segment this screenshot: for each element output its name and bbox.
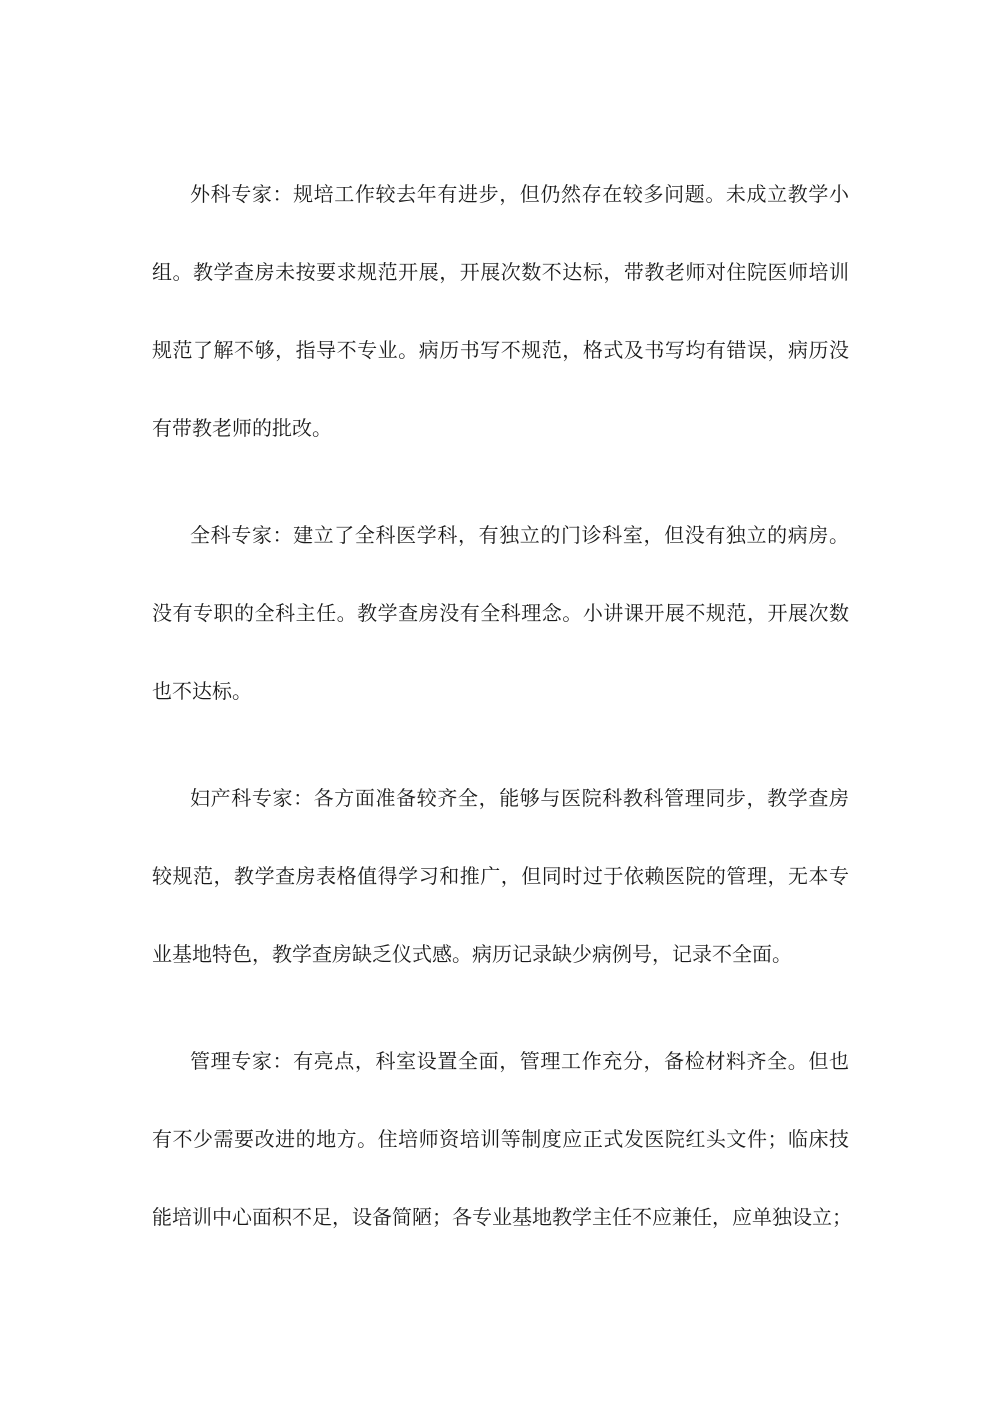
- paragraph-surgery-expert-comment: 外科专家：规培工作较去年有进步，但仍然存在较多问题。未成立教学小 组。教学查房未…: [152, 156, 849, 468]
- text-line: 组。教学查房未按要求规范开展，开展次数不达标，带教老师对住院医师培训: [152, 234, 849, 312]
- text-line: 管理专家：有亮点，科室设置全面，管理工作充分，备检材料齐全。但也: [152, 1023, 849, 1101]
- paragraph-management-expert-comment: 管理专家：有亮点，科室设置全面，管理工作充分，备检材料齐全。但也 有不少需要改进…: [152, 1023, 849, 1257]
- text-line: 妇产科专家：各方面准备较齐全，能够与医院科教科管理同步，教学查房: [152, 760, 849, 838]
- text-line: 规范了解不够，指导不专业。病历书写不规范，格式及书写均有错误，病历没: [152, 312, 849, 390]
- text-line: 也不达标。: [152, 653, 849, 731]
- text-line: 外科专家：规培工作较去年有进步，但仍然存在较多问题。未成立教学小: [152, 156, 849, 234]
- text-line: 业基地特色，教学查房缺乏仪式感。病历记录缺少病例号，记录不全面。: [152, 916, 849, 994]
- document-page: 外科专家：规培工作较去年有进步，但仍然存在较多问题。未成立教学小 组。教学查房未…: [0, 0, 1000, 1415]
- paragraph-general-practice-expert-comment: 全科专家：建立了全科医学科，有独立的门诊科室，但没有独立的病房。 没有专职的全科…: [152, 497, 849, 731]
- document-body: 外科专家：规培工作较去年有进步，但仍然存在较多问题。未成立教学小 组。教学查房未…: [152, 156, 849, 1286]
- text-line: 能培训中心面积不足，设备简陋；各专业基地教学主任不应兼任，应单独设立；: [152, 1179, 849, 1257]
- text-line: 全科专家：建立了全科医学科，有独立的门诊科室，但没有独立的病房。: [152, 497, 849, 575]
- paragraph-obgyn-expert-comment: 妇产科专家：各方面准备较齐全，能够与医院科教科管理同步，教学查房 较规范，教学查…: [152, 760, 849, 994]
- text-line: 有不少需要改进的地方。住培师资培训等制度应正式发医院红头文件；临床技: [152, 1101, 849, 1179]
- text-line: 有带教老师的批改。: [152, 390, 849, 468]
- text-line: 较规范，教学查房表格值得学习和推广，但同时过于依赖医院的管理，无本专: [152, 838, 849, 916]
- text-line: 没有专职的全科主任。教学查房没有全科理念。小讲课开展不规范，开展次数: [152, 575, 849, 653]
